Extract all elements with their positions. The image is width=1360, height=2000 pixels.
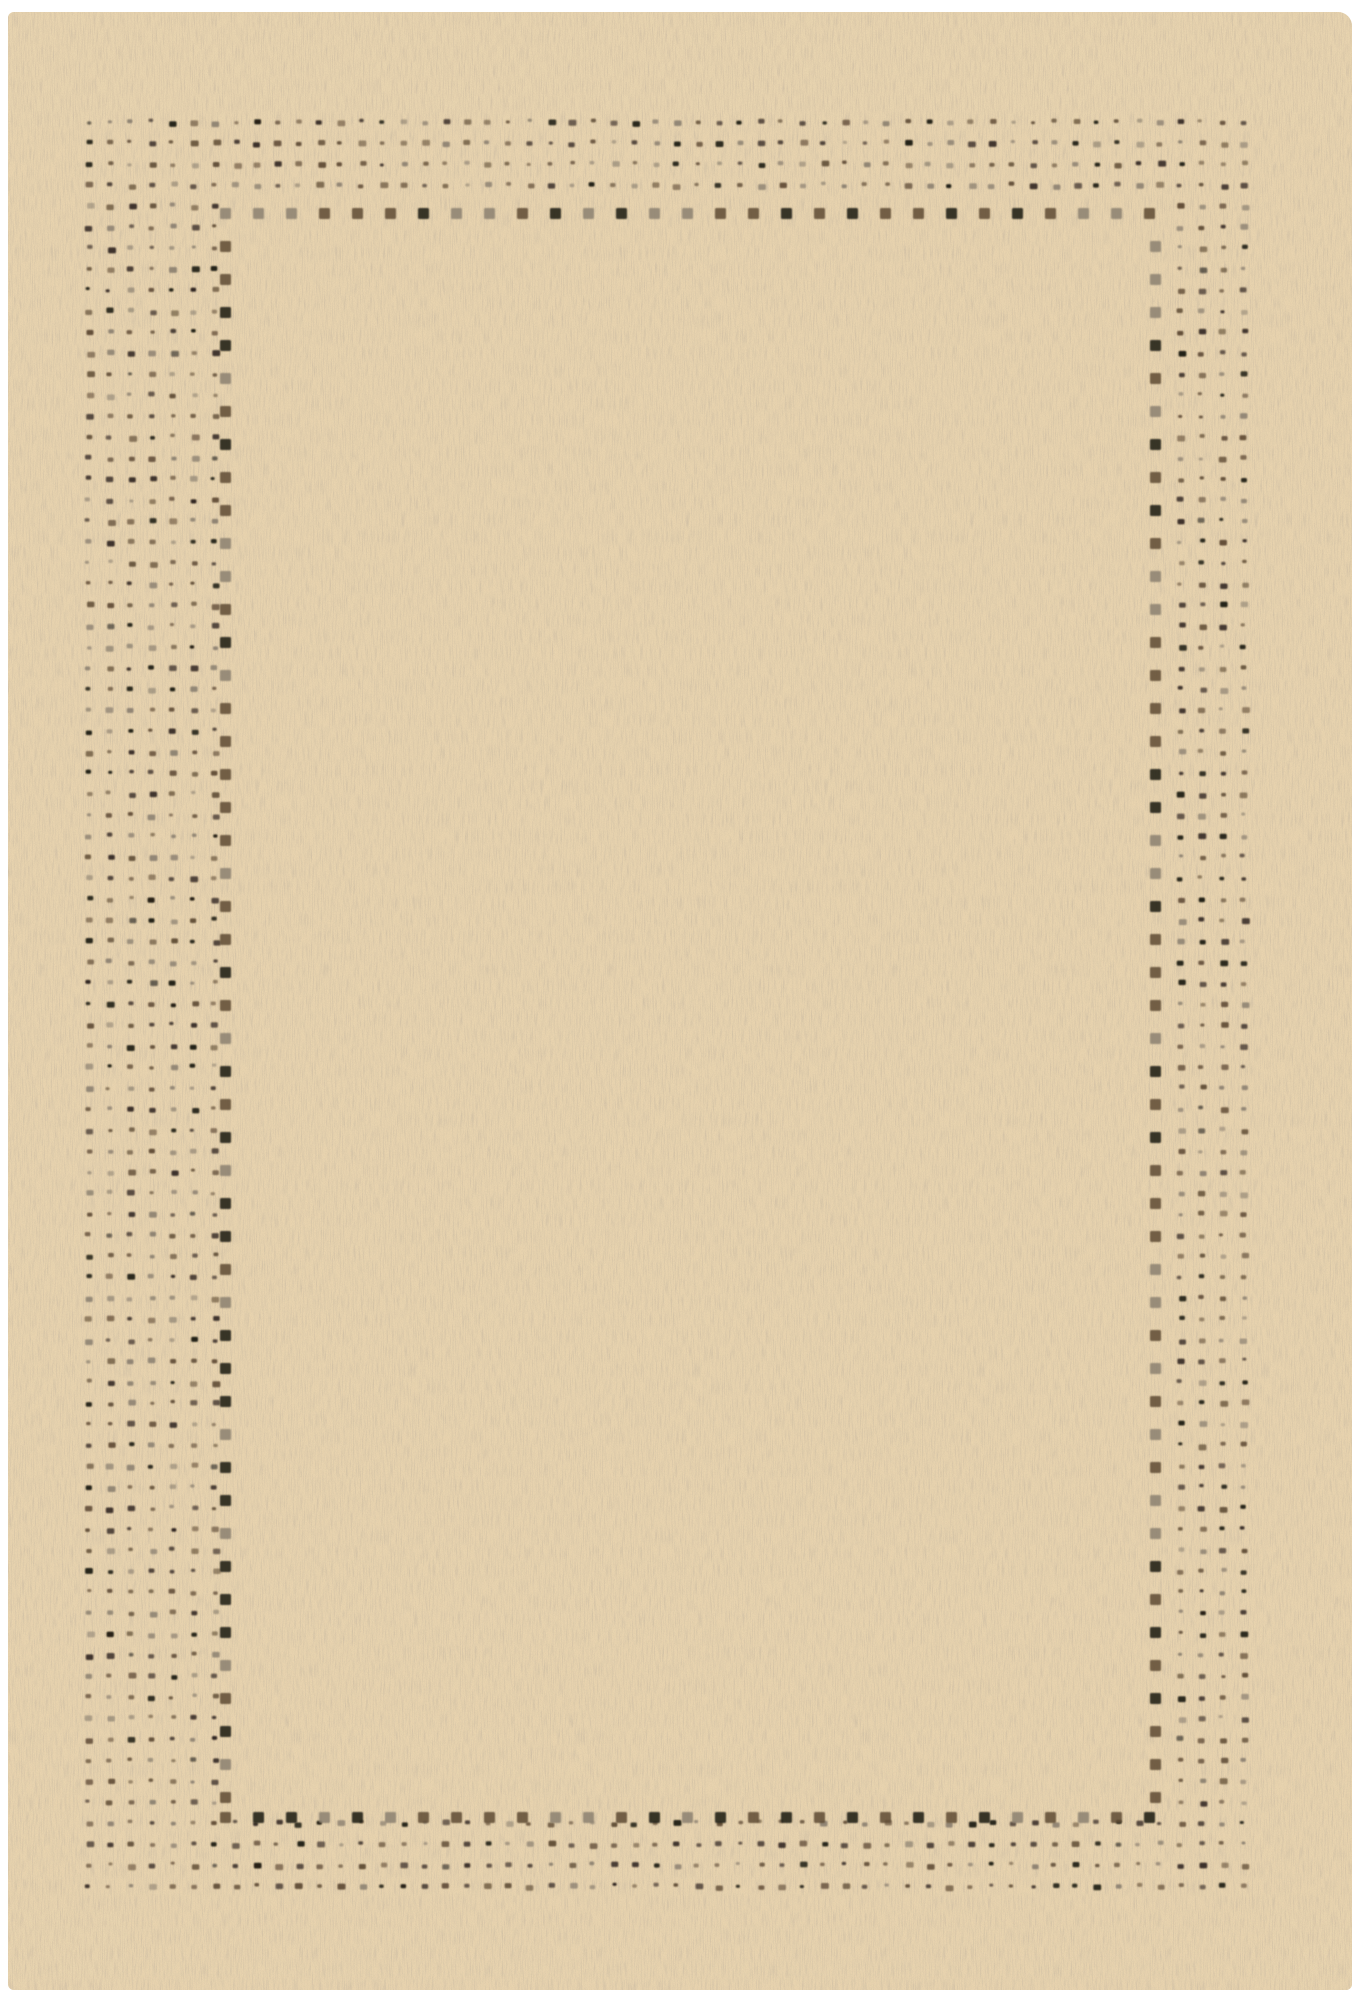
rug-image — [8, 12, 1352, 1990]
rug-pattern — [8, 12, 1352, 1990]
